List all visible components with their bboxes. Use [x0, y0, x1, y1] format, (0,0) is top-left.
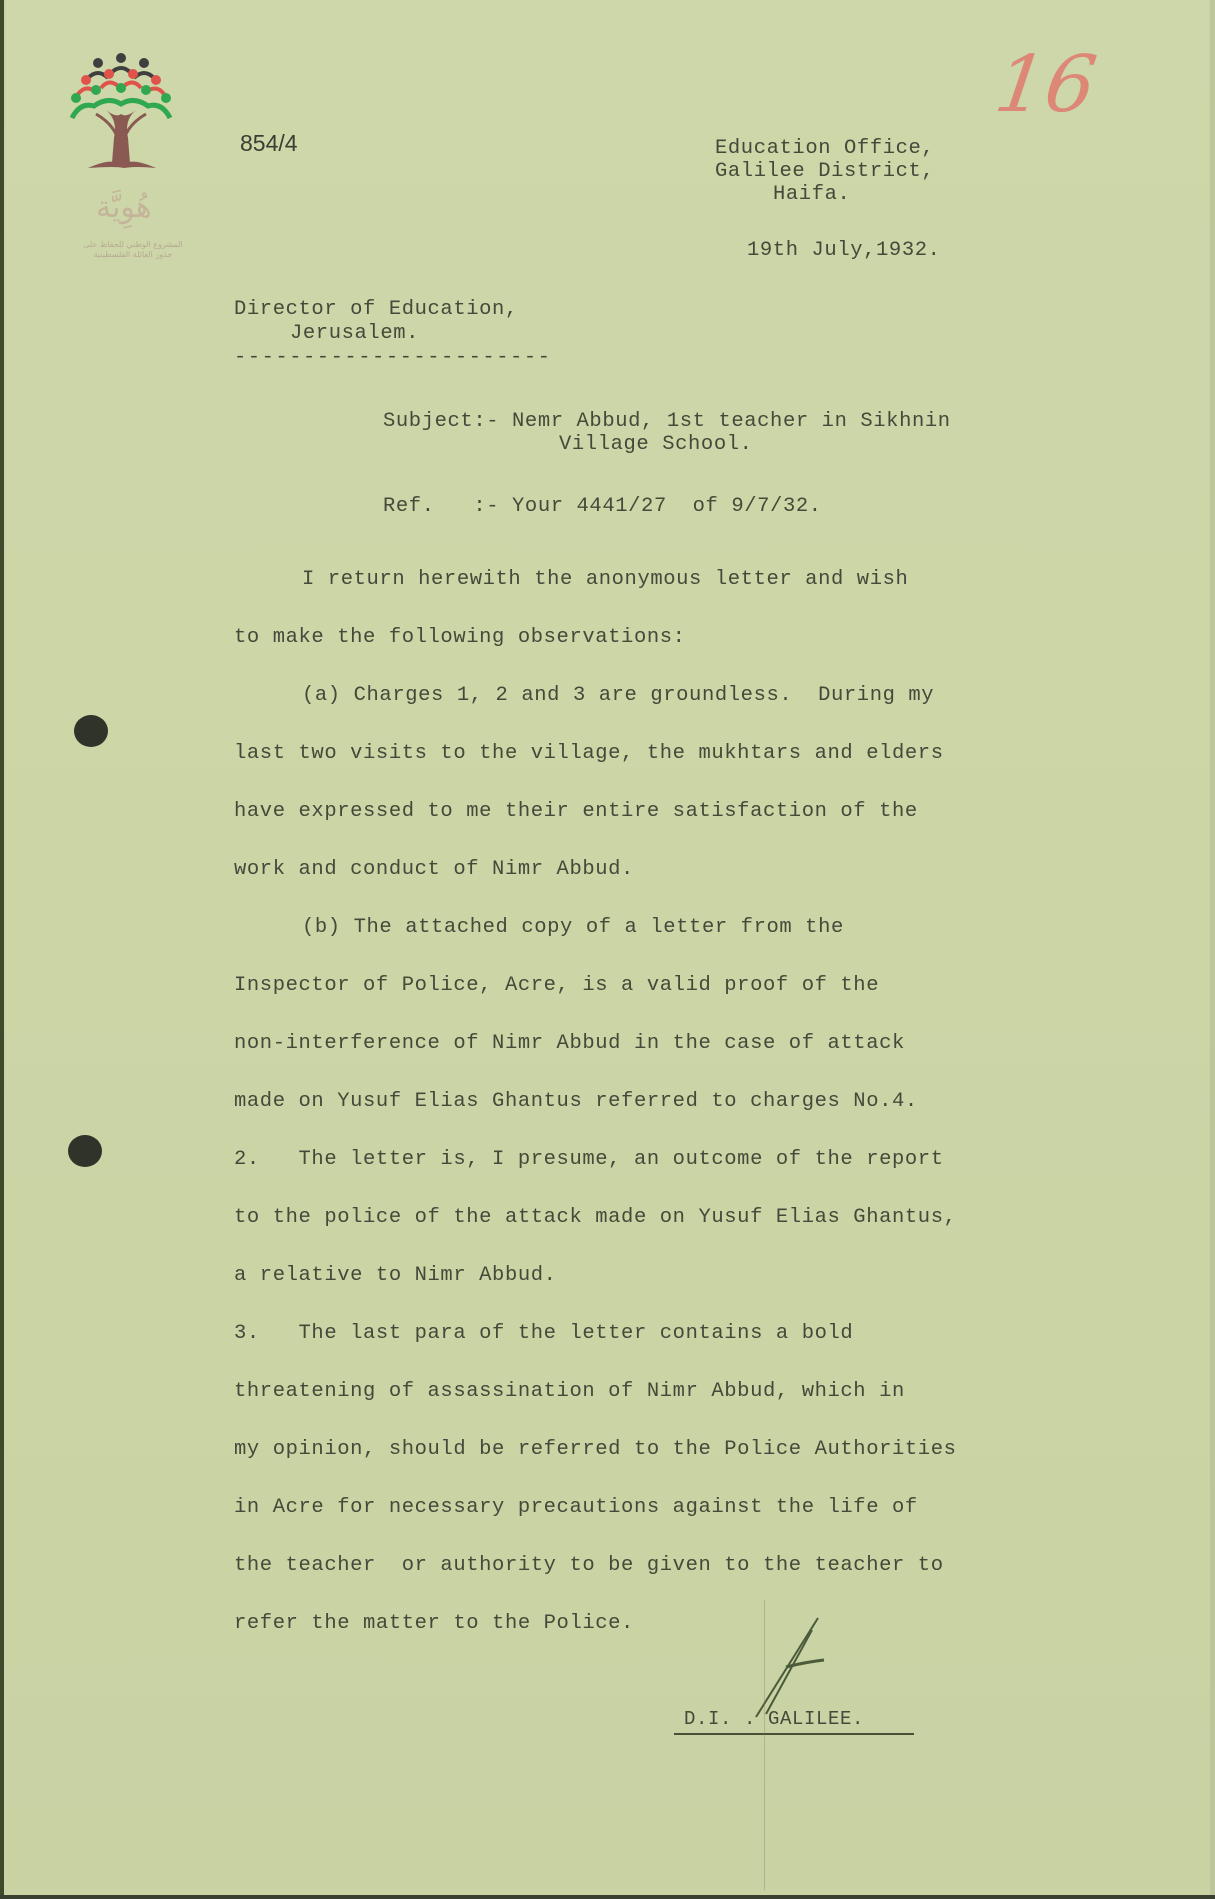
punch-hole-top	[74, 715, 108, 747]
reference-line: Ref. :- Your 4441/27 of 9/7/32.	[383, 495, 822, 518]
sender-address-line-1: Education Office,	[715, 137, 934, 160]
page-left-edge	[0, 0, 4, 1899]
body-line: 2. The letter is, I presume, an outcome …	[234, 1148, 944, 1171]
tree-logo-icon	[66, 48, 176, 188]
sender-address-line-2: Galilee District,	[715, 160, 934, 183]
body-line: in Acre for necessary precautions agains…	[234, 1496, 918, 1519]
body-line: last two visits to the village, the mukh…	[234, 742, 944, 765]
folio-number: 16	[990, 40, 1102, 130]
body-line: threatening of assassination of Nimr Abb…	[234, 1380, 905, 1403]
logo-arabic-caption: المشروع الوطني للحفاظ على جذور العائلة ا…	[68, 240, 198, 260]
punch-hole-bottom	[68, 1135, 102, 1167]
recipient-rule: -----------------------	[234, 346, 551, 369]
body-line: non-interference of Nimr Abbud in the ca…	[234, 1032, 905, 1055]
subject-line-2: Village School.	[559, 433, 753, 456]
logo-arabic-title: هُوِيَّة	[96, 190, 152, 225]
handwritten-signature-icon	[746, 1612, 856, 1722]
sender-address-line-3: Haifa.	[773, 183, 850, 206]
file-reference: 854/4	[240, 130, 298, 157]
body-line: the teacher or authority to be given to …	[234, 1554, 944, 1577]
body-line: have expressed to me their entire satisf…	[234, 800, 918, 823]
document-page: هُوِيَّة المشروع الوطني للحفاظ على جذور …	[6, 0, 1209, 1893]
tree-people-logo	[66, 48, 196, 188]
page-bottom-edge	[0, 1895, 1215, 1899]
letter-date: 19th July,1932.	[747, 239, 941, 262]
body-line: (b) The attached copy of a letter from t…	[302, 916, 844, 939]
body-line: refer the matter to the Police.	[234, 1612, 634, 1635]
logo-caption-line-2: جذور العائلة الفلسطينية	[68, 250, 198, 260]
body-line: work and conduct of Nimr Abbud.	[234, 858, 634, 881]
logo-caption-line-1: المشروع الوطني للحفاظ على	[68, 240, 198, 250]
recipient-line-1: Director of Education,	[234, 298, 518, 321]
body-line: a relative to Nimr Abbud.	[234, 1264, 557, 1287]
body-line: to the police of the attack made on Yusu…	[234, 1206, 957, 1229]
body-line: to make the following observations:	[234, 626, 686, 649]
body-line: made on Yusuf Elias Ghantus referred to …	[234, 1090, 918, 1113]
body-line: Inspector of Police, Acre, is a valid pr…	[234, 974, 879, 997]
body-line: (a) Charges 1, 2 and 3 are groundless. D…	[302, 684, 934, 707]
subject-line-1: Subject:- Nemr Abbud, 1st teacher in Sik…	[383, 410, 951, 433]
paper-fold-line	[764, 1600, 765, 1890]
body-line: my opinion, should be referred to the Po…	[234, 1438, 957, 1461]
page-right-edge	[1210, 0, 1215, 1899]
body-line: 3. The last para of the letter contains …	[234, 1322, 853, 1345]
recipient-line-2: Jerusalem.	[290, 322, 419, 345]
body-line: I return herewith the anonymous letter a…	[302, 568, 908, 591]
signature-block: D.I. . GALILEE.	[684, 1708, 864, 1730]
signature-underline	[674, 1733, 914, 1735]
